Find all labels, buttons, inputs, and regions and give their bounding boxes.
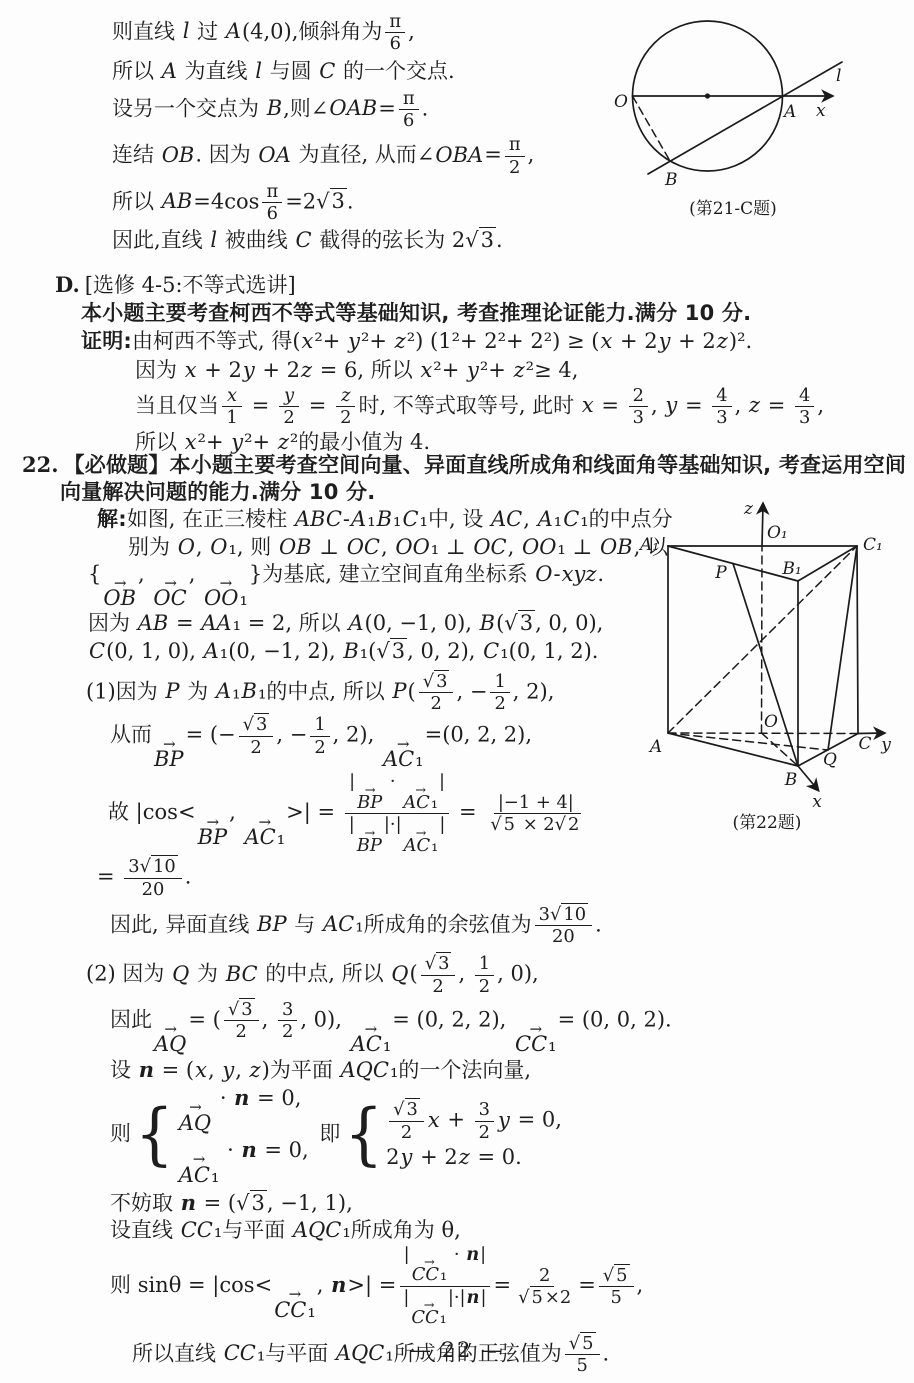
proof-label: 证明: — [81, 329, 132, 353]
prism-figure: z O₁ A₁ C₁ B₁ P A O C y Q B x (第22题) — [620, 488, 914, 834]
point-label-O: O — [614, 92, 628, 112]
math-line: 则 sinθ = |cos<→CC₁, n>| =|→CC₁ · n||→CC₁… — [22, 1245, 906, 1328]
segment-QC1 — [828, 546, 857, 750]
point-label-A1: A₁ — [638, 535, 659, 555]
circle-figure: O A x l B (第21-C题) — [600, 8, 914, 240]
math-line: (2) 因为 Q 为 BC 的中点, 所以 Q(√32, 12, 0), — [22, 954, 906, 996]
axis-label-z: z — [743, 499, 754, 519]
page-number: — 22 — — [0, 1338, 914, 1363]
math-line: 当且仅当x1 = y2 = z2时, 不等式取等号, 此时 x = 23, y … — [55, 386, 824, 428]
math-line: 因为 x + 2y + 2z = 6, 所以 x²+ y²+ z²≥ 4, — [55, 358, 824, 383]
exam-solution-page: 则直线 l 过 A(4,0),倾斜角为π6, 所以 A 为直线 l 与圆 C 的… — [0, 0, 914, 1383]
point-label-B: B — [784, 770, 798, 790]
x-axis — [798, 766, 818, 790]
math-line: 连结 OB. 因为 OA 为直径, 从而∠OBA=π2, — [112, 135, 534, 177]
point-label-C: C — [858, 734, 871, 754]
math-line: 则{→AQ · n = 0,→AC₁ · n = 0, 即{√32x + 32y… — [22, 1085, 906, 1185]
section-22-heading: 22.【必做题】本小题主要考查空间向量、异面直线所成角和线面角等基础知识, 考查… — [22, 452, 906, 478]
solution-label: 解: — [97, 507, 127, 531]
math-line: 设 n = (x, y, z)为平面 AQC₁的一个法向量, — [22, 1057, 906, 1083]
math-line: 因此,直线 l 被曲线 C 截得的弦长为 2√3. — [112, 228, 534, 253]
math-line: 则直线 l 过 A(4,0),倾斜角为π6, — [112, 12, 534, 54]
point-label-O1: O₁ — [767, 523, 788, 543]
item-label: D. — [55, 272, 80, 297]
math-line: 设直线 CC₁与平面 AQC₁所成角为 θ, — [22, 1218, 906, 1243]
point-label-P: P — [714, 563, 727, 583]
point-label-B1: B₁ — [781, 559, 801, 579]
point-label-A: A — [648, 737, 662, 757]
axis-label-x: x — [812, 792, 822, 812]
edge-AB — [668, 733, 798, 766]
axis-label-y: y — [880, 735, 891, 755]
axis-label-x: x — [816, 101, 826, 121]
exam-note: 本小题主要考查柯西不等式等基础知识, 考查推理论证能力.满分 10 分. — [55, 301, 824, 326]
point-label-Q: Q — [823, 750, 837, 770]
math-line: 因此, 异面直线 BP 与 AC₁所成角的余弦值为3√1020. — [22, 905, 906, 947]
point-label-C1: C₁ — [863, 535, 883, 555]
math-line: 因此→AQ= (√32, 32, 0), →AC₁= (0, 2, 2), →C… — [22, 1000, 906, 1055]
point-label-O: O — [764, 712, 778, 732]
math-line: 由柯西不等式, 得(x²+ y²+ z²) (1²+ 2²+ 2²) ≥ (x … — [132, 329, 752, 353]
segment-AQ-dashed — [668, 733, 828, 750]
z-axis — [762, 504, 763, 546]
math-line: 设另一个交点为 B,则∠OAB=π6. — [112, 89, 534, 131]
figure-caption: (第22题) — [733, 813, 802, 833]
math-line: = 3√1020. — [22, 857, 906, 899]
math-line: 所以 AB=4cosπ6=2√3. — [112, 182, 534, 224]
edge-CC1 — [857, 546, 858, 734]
section-21c-solution: 则直线 l 过 A(4,0),倾斜角为π6, 所以 A 为直线 l 与圆 C 的… — [112, 12, 534, 259]
section-d-heading: D.[选修 4-5:不等式选讲] — [55, 272, 824, 298]
proof-line: 证明:由柯西不等式, 得(x²+ y²+ z²) (1²+ 2²+ 2²) ≥ … — [55, 329, 824, 354]
segment-OB-dashed — [633, 96, 671, 161]
item-number: 22. — [22, 452, 59, 477]
line-l — [648, 62, 842, 174]
module-title: [选修 4-5:不等式选讲] — [85, 273, 296, 297]
section-d: D.[选修 4-5:不等式选讲] 本小题主要考查柯西不等式等基础知识, 考查推理… — [55, 272, 824, 458]
figure-caption: (第21-C题) — [689, 199, 777, 219]
line-label-l: l — [836, 66, 841, 86]
point-label-A: A — [782, 102, 796, 122]
math-line: 不妨取 n = (√3, −1, 1), — [22, 1190, 906, 1216]
exam-note: 【必做题】本小题主要考查空间向量、异面直线所成角和线面角等基础知识, 考查运用空… — [64, 453, 907, 477]
math-line: 如图, 在正三棱柱 ABC-A₁B₁C₁中, 设 AC, A₁C₁的中点分 — [127, 507, 673, 531]
point-label-B: B — [664, 170, 678, 190]
math-line: 所以 A 为直线 l 与圆 C 的一个交点. — [112, 59, 534, 84]
